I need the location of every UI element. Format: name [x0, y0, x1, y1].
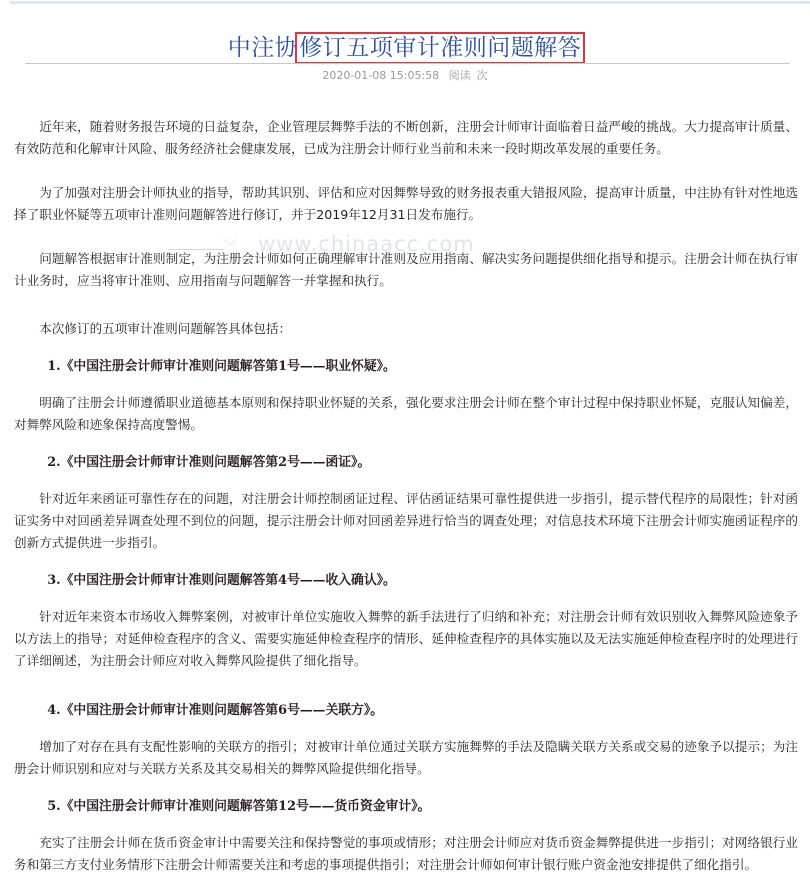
section-heading-3: 3.《中国注册会计师审计准则问题解答第4号——收入确认》。: [14, 570, 798, 592]
section-body-3: 针对近年来资本市场收入舞弊案例，对被审计单位实施收入舞弊的新手法进行了归纳和补充…: [14, 606, 798, 672]
read-suffix: 次: [477, 69, 488, 82]
title-divider: [25, 63, 790, 64]
article-meta: 2020-01-08 15:05:58 阅读次: [0, 68, 810, 84]
section-heading-5: 5.《中国注册会计师审计准则问题解答第12号——货币资金审计》。: [14, 796, 798, 818]
title-highlight-box: 修订五项审计准则问题解答: [298, 35, 582, 61]
section-body-4: 增加了对存在具有支配性影响的关联方的指引；对被审计单位通过关联方实施舞弊的手法及…: [14, 736, 798, 780]
section-body-1: 明确了注册会计师遵循职业道德基本原则和保持职业怀疑的关系，强化要求注册会计师在整…: [14, 392, 798, 436]
publish-datetime: 2020-01-08 15:05:58: [322, 69, 439, 82]
article-body: 近年来，随着财务报告环境的日益复杂，企业管理层舞弊手法的不断创新，注册会计师审计…: [14, 116, 798, 876]
paragraph-intro-2: 为了加强对注册会计师执业的指导，帮助其识别、评估和应对因舞弊导致的财务报表重大错…: [14, 182, 798, 226]
paragraph-intro-4: 本次修订的五项审计准则问题解答具体包括：: [14, 318, 798, 340]
read-count-label: 阅读次: [449, 69, 488, 82]
paragraph-intro-3: 问题解答根据审计准则制定，为注册会计师如何正确理解审计准则及应用指南、解决实务问…: [14, 248, 798, 292]
article-title: 中注协修订五项审计准则问题解答: [228, 33, 583, 63]
section-body-2: 针对近年来函证可靠性存在的问题，对注册会计师控制函证过程、评估函证结果可靠性提供…: [14, 488, 798, 554]
read-label: 阅读: [449, 69, 471, 82]
title-prefix: 中注协: [228, 35, 299, 61]
section-heading-1: 1.《中国注册会计师审计准则问题解答第1号——职业怀疑》。: [14, 356, 798, 378]
section-heading-2: 2.《中国注册会计师审计准则问题解答第2号——函证》。: [14, 452, 798, 474]
paragraph-intro-1: 近年来，随着财务报告环境的日益复杂，企业管理层舞弊手法的不断创新，注册会计师审计…: [14, 116, 798, 160]
article-header: 中注协修订五项审计准则问题解答: [0, 33, 810, 67]
section-body-5: 充实了注册会计师在货币资金审计中需要关注和保持警觉的事项或情形；对注册会计师应对…: [14, 832, 798, 876]
section-heading-4: 4.《中国注册会计师审计准则问题解答第6号——关联方》。: [14, 700, 798, 722]
top-border-strip: [10, 1, 810, 4]
